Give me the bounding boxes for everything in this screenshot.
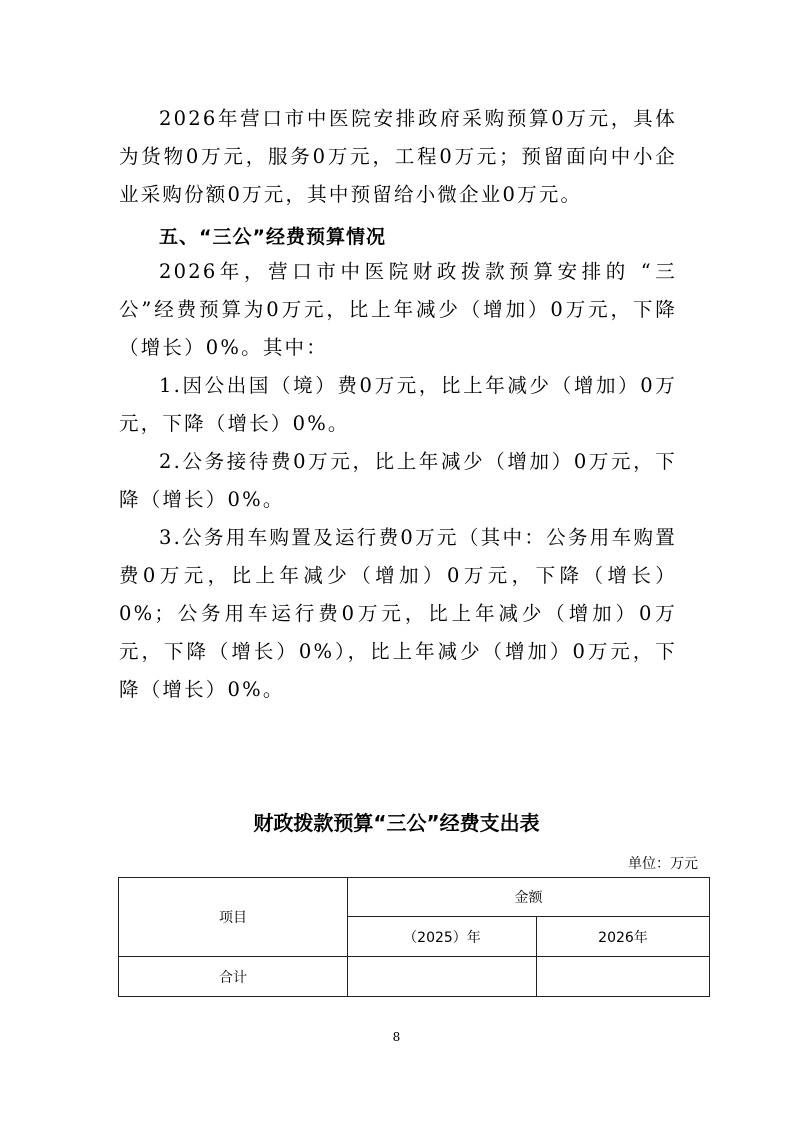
table-row: 合计 [119,957,710,997]
unit-label: 单位：万元 [628,853,698,873]
header-year-curr: 2026年 [537,917,710,957]
header-item: 项目 [119,878,348,957]
intro-paragraph: 2026年，营口市中医院财政拨款预算安排的 “三公”经费预算为0万元，比上年减少… [119,253,677,367]
page-number: 8 [0,1030,793,1044]
row-label: 合计 [119,957,348,997]
table-title: 财政拨款预算“三公”经费支出表 [0,807,793,836]
section-heading: 五、“三公”经费预算情况 [159,222,386,249]
item1-paragraph: 1.因公出国（境）费0万元，比上年减少（增加）0万元，下降（增长）0%。 [119,367,677,443]
row-curr-value [537,957,710,997]
three-public-expense-table: 项目 金额 （2025）年 2026年 合计 [118,877,710,997]
procurement-paragraph: 2026年营口市中医院安排政府采购预算0万元，具体为货物0万元，服务0万元，工程… [119,100,677,214]
item2-paragraph: 2.公务接待费0万元，比上年减少（增加）0万元，下降（增长）0%。 [119,443,677,519]
header-amount: 金额 [348,878,710,917]
item3-paragraph: 3.公务用车购置及运行费0万元（其中：公务用车购置费0万元，比上年减少（增加）0… [119,519,677,709]
header-year-prev: （2025）年 [348,917,537,957]
row-prev-value [348,957,537,997]
